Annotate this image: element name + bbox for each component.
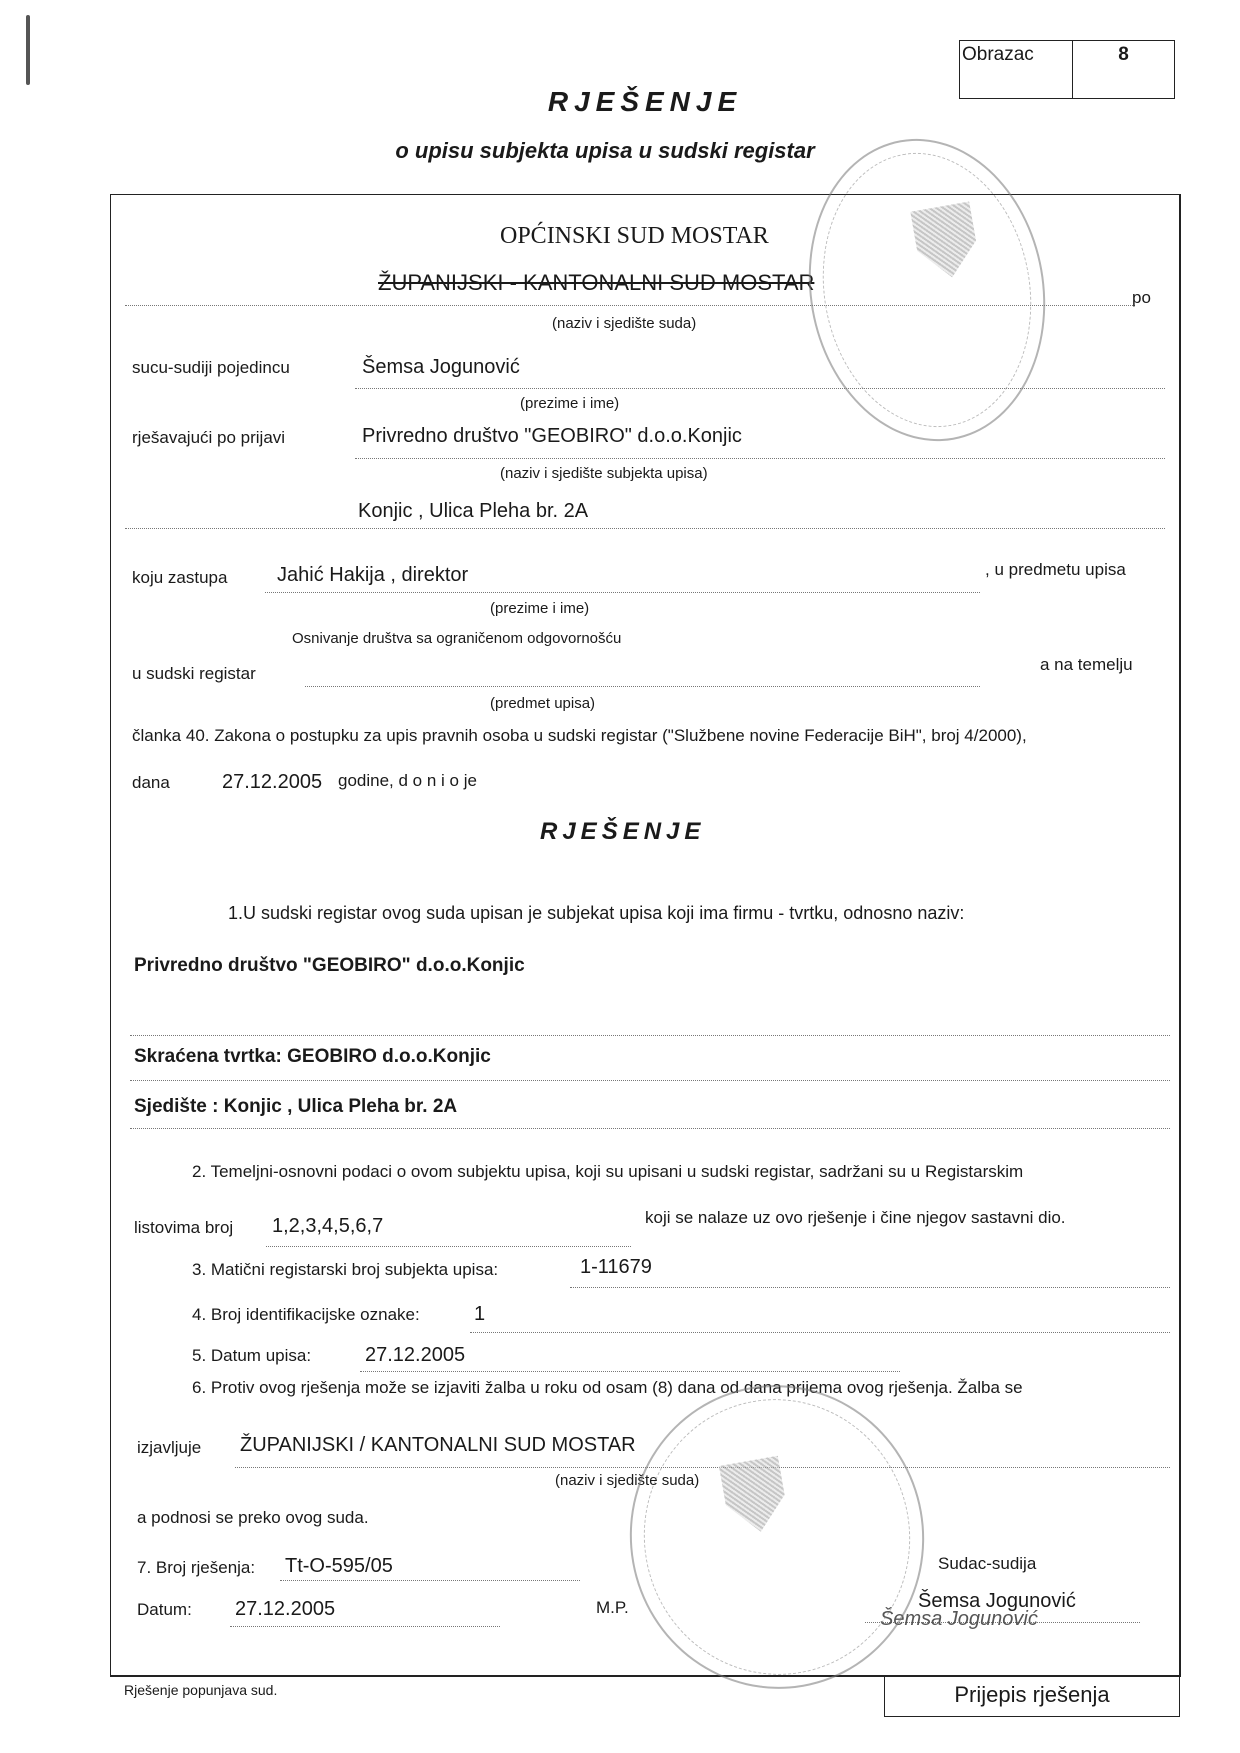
item-4-line xyxy=(470,1332,1170,1333)
subject-line xyxy=(305,686,980,687)
decision-date-suffix: godine, d o n i o je xyxy=(338,771,477,791)
court-caption: (naziv i sjedište suda) xyxy=(552,315,696,332)
representative-caption: (prezime i ime) xyxy=(490,600,589,617)
item-7-value[interactable]: Tt-O-595/05 xyxy=(285,1555,393,1578)
judge-label: sucu-sudiji pojedincu xyxy=(132,358,290,378)
judge-line xyxy=(355,388,1165,389)
item-7-line xyxy=(280,1580,580,1581)
legal-basis: članka 40. Zakona o postupku za upis pra… xyxy=(132,726,1027,746)
item-5-value[interactable]: 27.12.2005 xyxy=(365,1344,465,1367)
item-2: 2. Temeljni-osnovni podaci o ovom subjek… xyxy=(192,1162,1023,1182)
seat-line xyxy=(130,1128,1170,1129)
item-1: 1.U sudski registar ovog suda upisan je … xyxy=(228,903,964,924)
handwritten-signature: Šemsa Jogunović xyxy=(880,1608,1130,1640)
item-6: 6. Protiv ovog rješenja može se izjaviti… xyxy=(192,1378,1023,1398)
date-label: Datum: xyxy=(137,1600,192,1620)
document-subtitle: o upisu subjekta upisa u sudski registar xyxy=(0,138,1240,164)
copy-label-box: Prijepis rješenja xyxy=(884,1676,1180,1717)
address-line xyxy=(125,528,1165,529)
applicant-line xyxy=(355,458,1165,459)
item-5-label: 5. Datum upisa: xyxy=(192,1346,311,1366)
court-suffix: po xyxy=(1132,288,1151,308)
date-value[interactable]: 27.12.2005 xyxy=(235,1598,335,1621)
short-name-line xyxy=(130,1080,1170,1081)
seat[interactable]: Sjedište : Konjic , Ulica Pleha br. 2A xyxy=(134,1096,457,1118)
appeal-note: a podnosi se preko ovog suda. xyxy=(137,1508,369,1528)
representative-suffix: , u predmetu upisa xyxy=(985,560,1126,580)
sheets-line xyxy=(266,1246,631,1247)
sheets-label: listovima broj xyxy=(134,1218,233,1238)
representative-line xyxy=(265,592,980,593)
sheets-value[interactable]: 1,2,3,4,5,6,7 xyxy=(272,1215,383,1238)
item-3-value[interactable]: 1-11679 xyxy=(580,1256,652,1279)
appeal-label: izjavljuje xyxy=(137,1438,201,1458)
short-name[interactable]: Skraćena tvrtka: GEOBIRO d.o.o.Konjic xyxy=(134,1046,491,1068)
item-5-line xyxy=(360,1371,900,1372)
sheets-suffix: koji se nalaze uz ovo rješenje i čine nj… xyxy=(645,1208,1066,1228)
applicant-address[interactable]: Konjic , Ulica Pleha br. 2A xyxy=(358,500,588,523)
item-4-label: 4. Broj identifikacijske oznake: xyxy=(192,1305,420,1325)
court-name-struck: ŽUPANIJSKI - KANTONALNI SUD MOSTAR xyxy=(378,270,814,296)
appeal-court[interactable]: ŽUPANIJSKI / KANTONALNI SUD MOSTAR xyxy=(240,1434,636,1457)
decision-date-label: dana xyxy=(132,773,170,793)
judge-title: Sudac-sudija xyxy=(938,1554,1036,1574)
item-4-value[interactable]: 1 xyxy=(474,1303,485,1326)
subject-value[interactable]: Osnivanje društva sa ograničenom odgovor… xyxy=(292,630,621,647)
applicant-label: rješavajući po prijavi xyxy=(132,428,285,448)
item-3-line xyxy=(570,1287,1170,1288)
scan-artifact xyxy=(26,15,30,85)
item-7-label: 7. Broj rješenja: xyxy=(137,1558,255,1578)
company-name[interactable]: Privredno društvo "GEOBIRO" d.o.o.Konjic xyxy=(134,955,525,977)
document-title: RJEŠENJE xyxy=(0,86,1240,118)
representative-value[interactable]: Jahić Hakija , direktor xyxy=(277,564,468,587)
representative-label: koju zastupa xyxy=(132,568,227,588)
subject-suffix: a na temelju xyxy=(1040,655,1133,675)
date-line xyxy=(230,1626,500,1627)
applicant-value[interactable]: Privredno društvo "GEOBIRO" d.o.o.Konjic xyxy=(362,425,742,448)
judge-caption: (prezime i ime) xyxy=(520,395,619,412)
seal-label: M.P. xyxy=(596,1598,629,1618)
coat-of-arms-icon xyxy=(910,201,982,282)
company-line xyxy=(130,1035,1170,1036)
judge-value[interactable]: Šemsa Jogunović xyxy=(362,356,520,379)
coat-of-arms-icon xyxy=(719,1456,791,1537)
item-3-label: 3. Matični registarski broj subjekta upi… xyxy=(192,1260,498,1280)
footer-note: Rješenje popunjava sud. xyxy=(124,1682,277,1698)
decision-date-value[interactable]: 27.12.2005 xyxy=(222,771,322,794)
decision-title: RJEŠENJE xyxy=(540,818,705,846)
subject-caption: (predmet upisa) xyxy=(490,695,595,712)
court-name: OPĆINSKI SUD MOSTAR xyxy=(500,223,769,250)
subject-label: u sudski registar xyxy=(132,664,256,684)
applicant-caption: (naziv i sjedište subjekta upisa) xyxy=(500,465,708,482)
